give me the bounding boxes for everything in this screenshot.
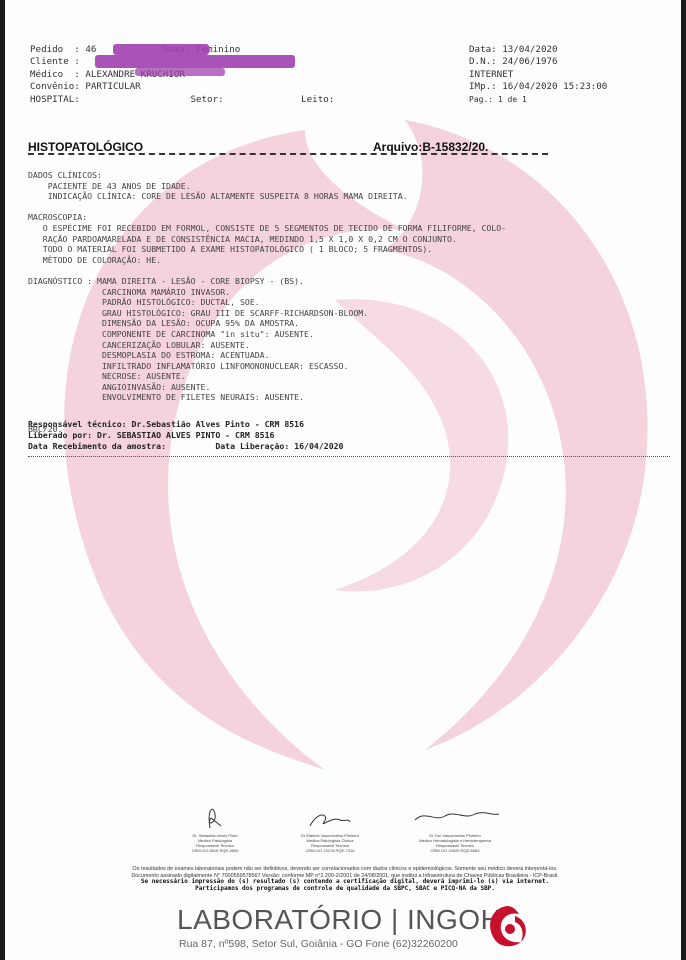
dn-value: 24/06/1976 xyxy=(502,56,557,67)
pag-value: 1 de 1 xyxy=(498,95,527,104)
signature-text: CRM-GO 8516 RQE-4690 xyxy=(155,848,275,853)
arquivo-label: Arquivo: xyxy=(373,140,422,154)
signature-scribble-icon xyxy=(155,800,275,832)
macroscopia-line: TODO O MATERIAL FOI SUBMETIDO A EXAME HI… xyxy=(28,244,506,255)
dados-clinicos-line: INDICAÇÃO CLÍNICA: CORE DE LESÃO ALTAMEN… xyxy=(28,191,506,202)
data-recebimento: Data Recebimento da amostra: xyxy=(28,441,166,451)
header-right-block: Data: 13/04/2020 D.N.: 24/06/1976 INTERN… xyxy=(469,44,607,106)
lab-address: Rua 87, nº598, Setor Sul, Goiânia - GO F… xyxy=(179,938,458,950)
diagnostico-line: ANGIOINVASÃO: AUSENTE. xyxy=(28,382,506,393)
redaction-medico xyxy=(135,68,225,76)
responsible-block: Responsável técnico: Dr.Sebastião Alves … xyxy=(28,419,344,452)
signature-block: Dr Elainne Vasconcelos PinheiroMedica Pa… xyxy=(270,800,390,853)
signature-text: CRM-GO 15529 RQE-6863 xyxy=(395,848,515,853)
hospital-label: HOSPITAL: xyxy=(30,94,80,105)
macroscopia-line: RAÇÃO PARDOAMARELADA E DE CONSISTÊNCIA M… xyxy=(28,234,506,245)
redaction-pedido xyxy=(113,44,209,55)
medico-label: Médico xyxy=(30,69,63,80)
data-liberacao: Data Liberação: 16/04/2020 xyxy=(215,441,343,451)
diagnostico-line: COMPONENTE DE CARCINOMA "in situ": AUSEN… xyxy=(28,329,506,340)
footer-bold-line: Participamos dos programas de controle d… xyxy=(195,885,495,892)
logo-text: LABORATÓRIO xyxy=(177,904,383,935)
brand-swirl-icon xyxy=(485,902,529,950)
diagnostico-line: DIAGNÓSTICO : MAMA DIREITA - LESÃO - COR… xyxy=(28,276,506,287)
signature-block: Dr Yuri Vasconcelos PinheiroMedico Hemat… xyxy=(395,800,515,853)
internet-label: INTERNET xyxy=(469,69,513,80)
diagnostico-line: GRAU HISTOLÓGICO: GRAU III DE SCARFF-RIC… xyxy=(28,308,506,319)
pedido-value: 46 xyxy=(85,44,96,55)
cliente-label: Cliente xyxy=(30,56,69,67)
title-divider xyxy=(28,153,548,155)
setor-label: Setor: xyxy=(190,94,223,105)
report-body: DADOS CLÍNICOS: PACIENTE DE 43 ANOS DE I… xyxy=(28,170,506,435)
diagnostico-line: CARCINOMA MAMÁRIO INVASOR. xyxy=(28,287,506,298)
macroscopia-line: MÉTODO DE COLORAÇÃO: HE. xyxy=(28,255,506,266)
lab-logo: LABORATÓRIO | INGOH xyxy=(177,904,501,936)
pedido-label: Pedido xyxy=(30,44,63,55)
convenio-label: Convênio: xyxy=(30,81,80,92)
macroscopia-heading: MACROSCOPIA: xyxy=(28,212,506,223)
data-value: 13/04/2020 xyxy=(502,44,557,55)
redaction-cliente xyxy=(95,55,295,68)
diagnostico-line: PADRÃO HISTOLÓGICO: DUCTAL, SOE. xyxy=(28,297,506,308)
signature-text: CRM-GO 13278 RQE-7316 xyxy=(270,848,390,853)
signature-scribble-icon xyxy=(395,800,515,832)
spacer xyxy=(28,202,506,213)
spacer xyxy=(28,265,506,276)
macroscopia-line: O ESPÉCIME FOI RECEBIDO EM FORMOL, CONSI… xyxy=(28,223,506,234)
spacer xyxy=(28,403,506,414)
convenio-value: PARTICULAR xyxy=(85,81,140,92)
arquivo: Arquivo:B-15832/20. xyxy=(373,140,488,154)
logo-separator: | xyxy=(391,904,399,935)
responsavel-tecnico: Responsável técnico: Dr.Sebastião Alves … xyxy=(28,419,304,429)
report-page: Pedido : 46 Sexo: Feminino Cliente : Méd… xyxy=(5,0,681,960)
signature-block: Dr. Sebastiao Alves PintoMedico Patologi… xyxy=(155,800,275,853)
dados-clinicos-heading: DADOS CLÍNICOS: xyxy=(28,170,506,181)
dotted-divider xyxy=(28,456,670,457)
data-label: Data: xyxy=(469,44,497,55)
diagnostico-line: CANCERIZAÇÃO LOBULAR: AUSENTE. xyxy=(28,340,506,351)
diagnostico-line: ENVOLVIMENTO DE FILETES NEURAIS: AUSENTE… xyxy=(28,392,506,403)
imp-label: IMp.: xyxy=(469,81,497,92)
signature-scribble-icon xyxy=(270,800,390,832)
report-title: HISTOPATOLÓGICO xyxy=(28,140,143,154)
diagnostico-line: INFILTRADO INFLAMATÓRIO LINFOMONONUCLEAR… xyxy=(28,361,506,372)
footer-line: Os resultados de exames laboratoriais po… xyxy=(20,866,670,873)
diagnostico-line: NECROSE: AUSENTE. xyxy=(28,371,506,382)
dn-label: D.N.: xyxy=(469,56,497,67)
diagnostico-line: DESMOPLASIA DO ESTROMA: ACENTUADA. xyxy=(28,350,506,361)
arquivo-value: B-15832/20. xyxy=(422,140,488,154)
footer-disclaimer: Os resultados de exames laboratoriais po… xyxy=(20,866,670,892)
imp-value: 16/04/2020 15:23:00 xyxy=(502,81,607,92)
diagnostico-line: DIMENSÃO DA LESÃO: OCUPA 95% DA AMOSTRA. xyxy=(28,318,506,329)
leito-label: Leito: xyxy=(301,94,334,105)
dados-clinicos-line: PACIENTE DE 43 ANOS DE IDADE. xyxy=(28,181,506,192)
pag-label: Pag.: xyxy=(469,95,493,104)
liberado-por: Liberado por: Dr. SEBASTIAO ALVES PINTO … xyxy=(28,430,274,440)
